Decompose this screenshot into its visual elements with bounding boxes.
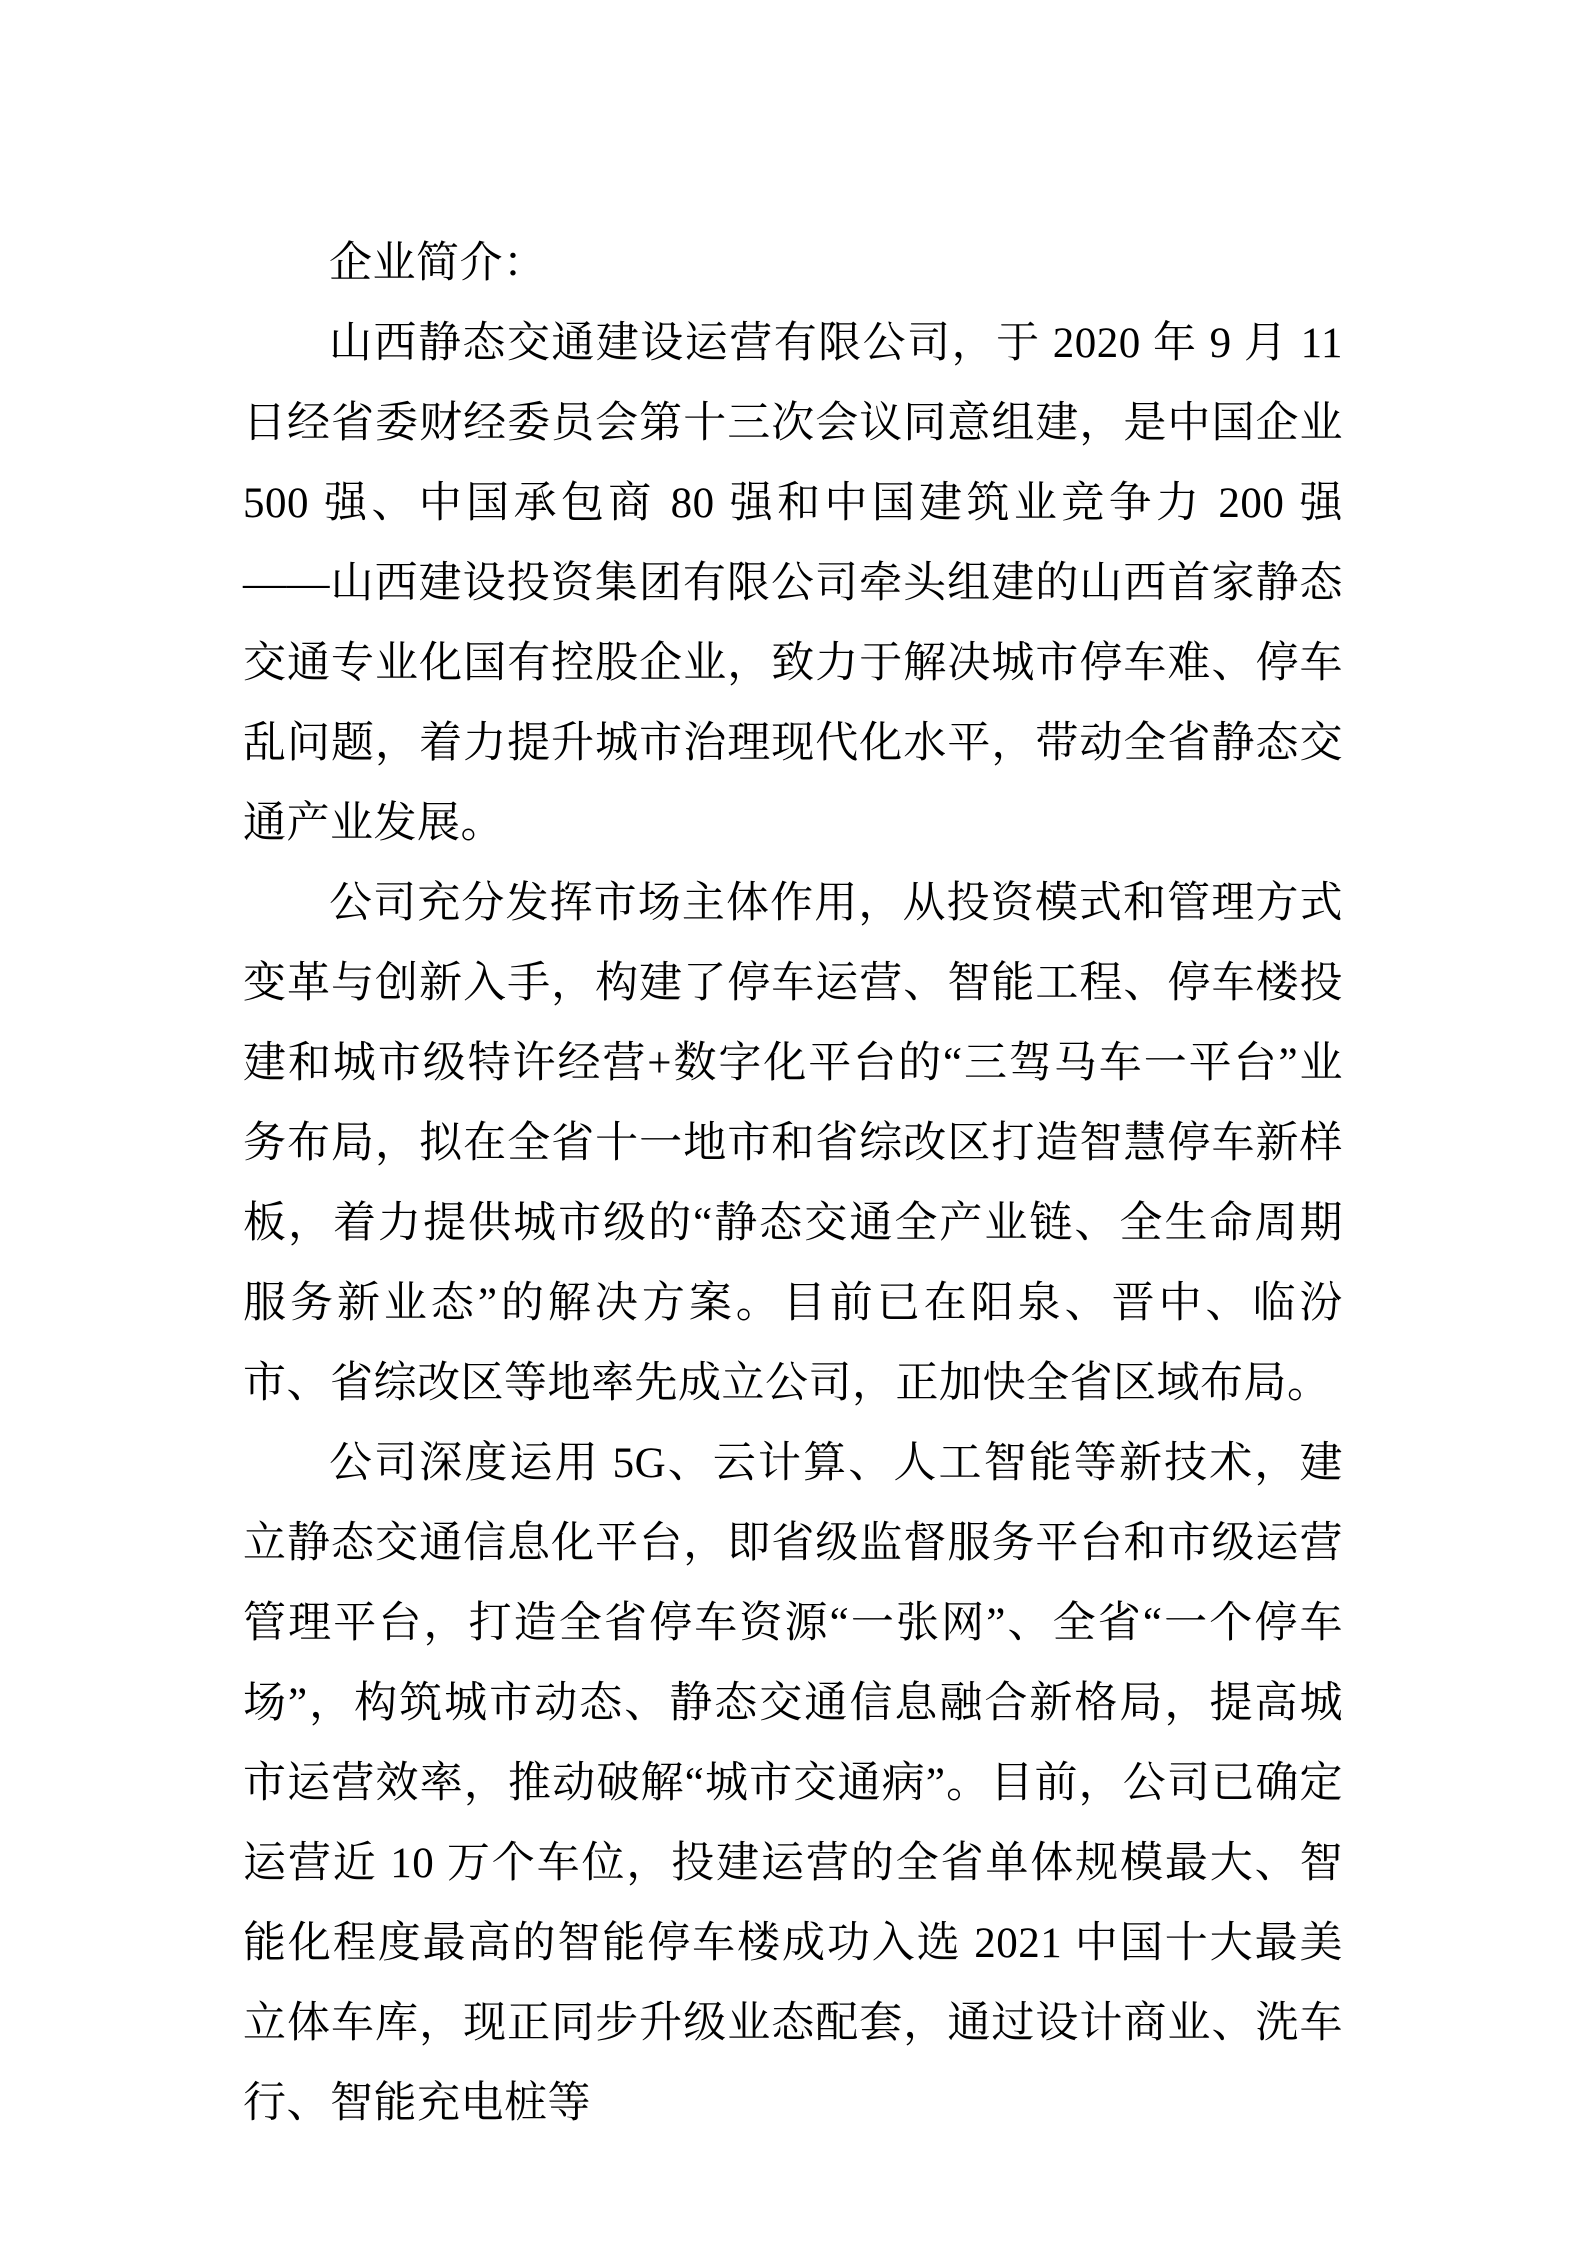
paragraph-company-founding: 山西静态交通建设运营有限公司，于 2020 年 9 月 11 日经省委财经委员会…: [243, 304, 1343, 864]
document-body: 企业简介： 山西静态交通建设运营有限公司，于 2020 年 9 月 11 日经省…: [243, 224, 1343, 2144]
paragraph-business-layout: 公司充分发挥市场主体作用，从投资模式和管理方式变革与创新入手，构建了停车运营、智…: [243, 864, 1343, 1424]
document-page: 企业简介： 山西静态交通建设运营有限公司，于 2020 年 9 月 11 日经省…: [0, 0, 1587, 2245]
paragraph-technology-platform: 公司深度运用 5G、云计算、人工智能等新技术，建立静态交通信息化平台，即省级监督…: [243, 1424, 1343, 2144]
section-heading: 企业简介：: [243, 224, 1343, 304]
